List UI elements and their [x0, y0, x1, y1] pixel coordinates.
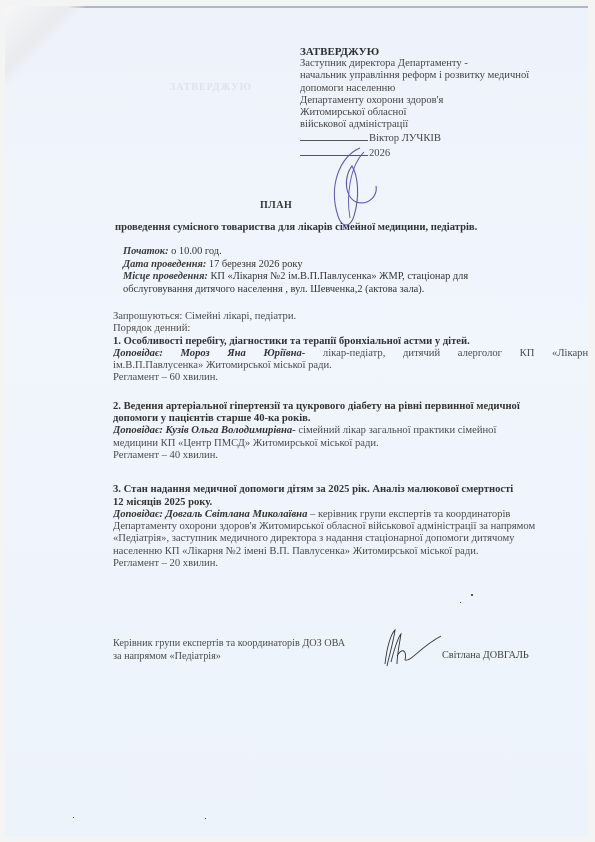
- approval-signer: Віктор ЛУЧКІВ: [369, 133, 441, 144]
- speaker-text: медицини КП «Центр ПМСД» Житомирської мі…: [113, 438, 588, 450]
- page-corner-fold: [5, 6, 85, 86]
- speaker-label: Доповідає: Довгаль Світлана Миколаївна: [113, 509, 307, 520]
- agenda: Запрошуються: Сімейні лікарі, педіатри. …: [113, 311, 588, 570]
- agenda-item-2-title-cont: допомоги у пацієнтів старше 40-ка років.: [113, 413, 588, 425]
- agenda-item-1-speaker: Доповідає: Мороз Яна Юріївна- лікар-педі…: [113, 348, 588, 360]
- start-row: Початок: о 10.00 год.: [123, 246, 468, 259]
- start-value: о 10.00 год.: [169, 246, 222, 257]
- agenda-item-3-title-cont: 12 місяців 2025 року.: [113, 497, 588, 509]
- agenda-item-1-title: 1. Особливості перебігу, діагностики та …: [113, 336, 588, 348]
- approval-title: ЗАТВЕРДЖУЮ: [300, 46, 529, 58]
- speaker-text: «Педіатрія», заступник медичного директо…: [113, 533, 588, 545]
- scan-speck: [460, 602, 461, 603]
- place-value: КП «Лікарня №2 ім.В.П.Павлусенка» ЖМР, с…: [208, 271, 468, 282]
- speaker-text: ім.В.П.Павлусенка» Житомирської міської …: [113, 360, 588, 372]
- agenda-item-2-speaker: Доповідає: Кузів Ольга Володимирівна- сі…: [113, 425, 588, 437]
- scan-speck: [471, 594, 473, 596]
- speaker-label: Доповідає: Мороз Яна Юріївна-: [113, 348, 305, 359]
- bleed-through-text: ЗАТВЕРДЖУЮ: [170, 82, 252, 93]
- agenda-item-2-title: 2. Ведення артеріальної гіпертензії та ц…: [113, 401, 588, 413]
- footer-position-line: за напрямом «Педіатрія»: [113, 650, 345, 663]
- signature-blank: [300, 131, 368, 141]
- speaker-text: лікар-педіатр, дитячий алерголог КП «Лік…: [305, 348, 588, 359]
- approval-line: допомоги населенню: [300, 83, 529, 95]
- speaker-text: – керівник групи експертів та координато…: [307, 509, 510, 520]
- scanned-page: ЗАТВЕРДЖУЮ Заступник директора Департаме…: [5, 6, 588, 836]
- approval-line: військової адміністрації: [300, 119, 529, 131]
- scan-speck: [73, 817, 74, 818]
- speaker-text: населенню КП «Лікарня №2 імені В.П. Павл…: [113, 546, 588, 558]
- plan-subtitle: проведення сумісного товариства для ліка…: [115, 222, 477, 233]
- place-value-cont: обслуговування дитячого населення , вул.…: [123, 284, 468, 297]
- date-value: 17 березня 2026 року: [206, 259, 302, 270]
- invited-value: Сімейні лікарі, педіатри.: [182, 311, 296, 322]
- approval-block: ЗАТВЕРДЖУЮ Заступник директора Департаме…: [300, 46, 529, 160]
- invited-row: Запрошуються: Сімейні лікарі, педіатри.: [113, 311, 588, 323]
- agenda-item-3-title: 3. Стан надання медичної допомоги дітям …: [113, 484, 588, 496]
- date-label: Дата проведення:: [123, 259, 206, 270]
- footer-signature-icon: [375, 626, 445, 670]
- approval-line: Департаменту охорони здоров'я: [300, 95, 529, 107]
- approval-line: Житомирської обласної: [300, 107, 529, 119]
- place-row: Місце проведення: КП «Лікарня №2 ім.В.П.…: [123, 271, 468, 284]
- start-label: Початок:: [123, 246, 169, 257]
- reglament: Регламент – 40 хвилин.: [113, 450, 588, 462]
- reglament: Регламент – 60 хвилин.: [113, 372, 588, 384]
- agenda-order-label: Порядок денний:: [113, 323, 588, 335]
- place-label: Місце проведення:: [123, 271, 208, 282]
- footer-position-line: Керівник групи експертів та координаторі…: [113, 637, 345, 650]
- plan-title: ПЛАН: [260, 200, 292, 211]
- reglament: Регламент – 20 хвилин.: [113, 558, 588, 570]
- approval-line: начальник управління реформ і розвитку м…: [300, 70, 529, 82]
- speaker-text: сімейний лікар загальної практики сімейн…: [296, 425, 497, 436]
- event-details: Початок: о 10.00 год. Дата проведення: 1…: [123, 246, 468, 297]
- speaker-label: Доповідає: Кузів Ольга Володимирівна-: [113, 425, 296, 436]
- agenda-item-3-speaker: Доповідає: Довгаль Світлана Миколаївна –…: [113, 509, 588, 521]
- scan-speck: [205, 818, 206, 819]
- invited-label: Запрошуються:: [113, 311, 182, 322]
- footer-position: Керівник групи експертів та координаторі…: [113, 637, 345, 663]
- approval-signer-row: Віктор ЛУЧКІВ: [300, 131, 529, 145]
- scan-edge: [5, 6, 588, 8]
- speaker-text: Департаменту охорони здоров'я Житомирськ…: [113, 521, 588, 533]
- date-row: Дата проведення: 17 березня 2026 року: [123, 259, 468, 272]
- footer-signer-name: Світлана ДОВГАЛЬ: [442, 650, 529, 661]
- approval-line: Заступник директора Департаменту -: [300, 58, 529, 70]
